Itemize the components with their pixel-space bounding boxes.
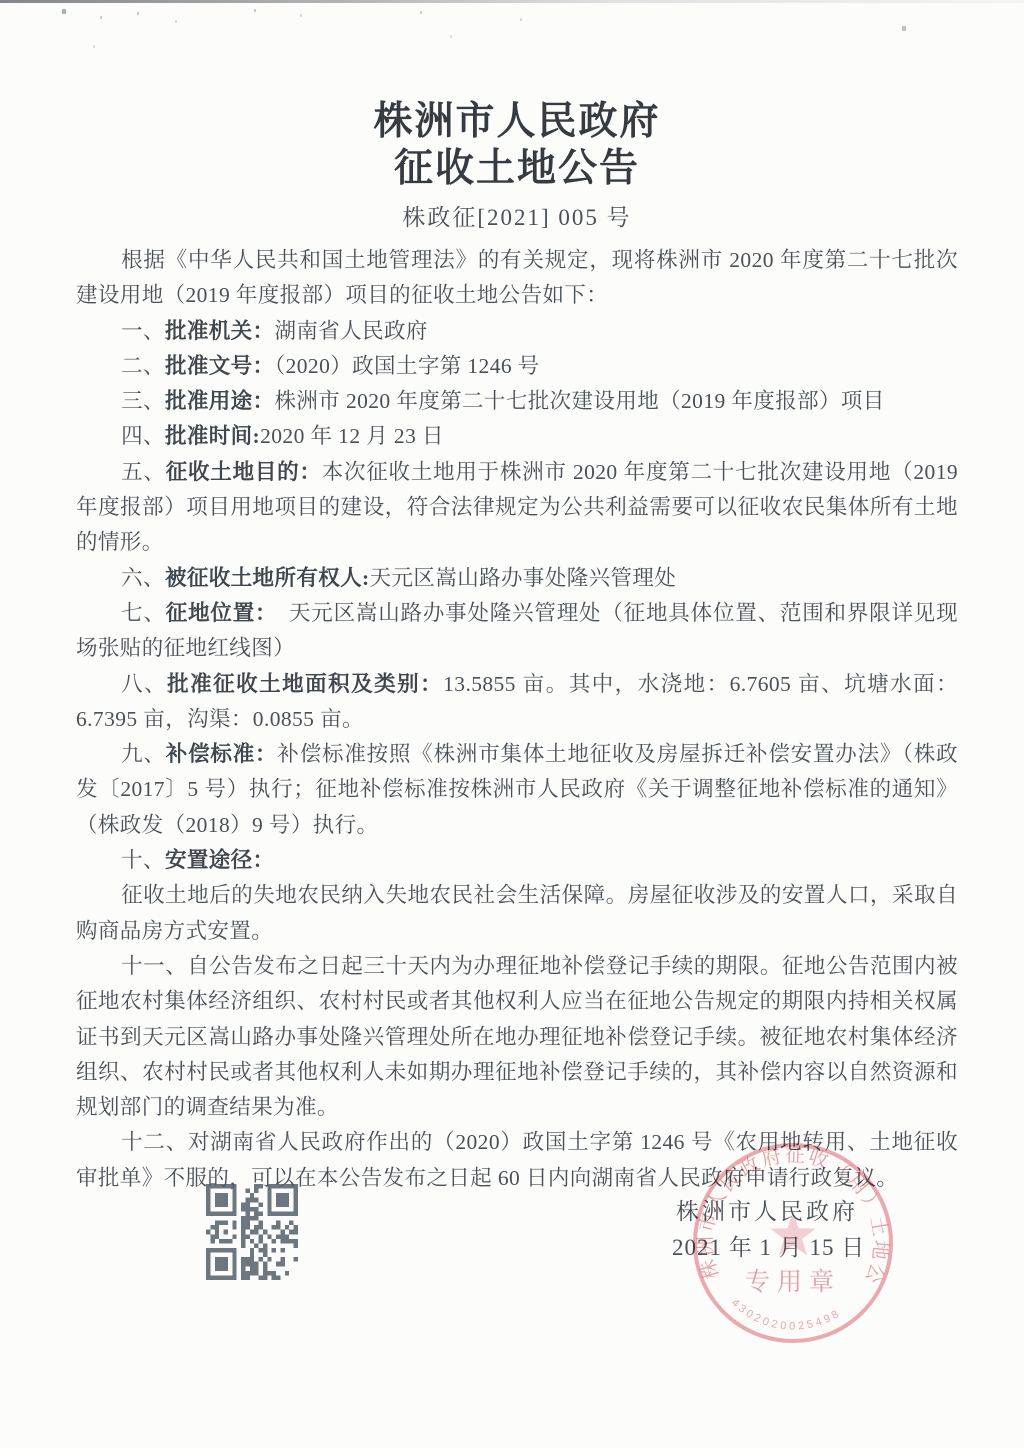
paragraph: 四、批准时间:2020 年 12 月 23 日 [76, 419, 958, 454]
paragraph-text: 二、 [121, 354, 165, 378]
paragraph: 三、批准用途：株洲市 2020 年度第二十七批次建设用地（2019 年度报部）项… [76, 384, 958, 419]
document-title-line2: 征收土地公告 [76, 145, 958, 192]
paragraph-label: 批准时间: [165, 424, 260, 448]
paragraph-label: 征地位置： [166, 601, 267, 625]
paragraph: 二、批准文号：（2020）政国土字第 1246 号 [76, 349, 958, 384]
qr-code-pattern [206, 1184, 298, 1280]
paragraph-text: 九、 [121, 742, 166, 766]
paragraph-text: 十、 [121, 848, 165, 872]
paragraph-text: 株洲市 2020 年度第二十七批次建设用地（2019 年度报部）项目 [274, 389, 884, 413]
paragraph-text: 一、 [121, 319, 165, 343]
paragraph: 十一、自公告发布之日起三十天内为办理征地补偿登记手续的期限。征地公告范围内被征地… [76, 949, 958, 1125]
official-seal: 株洲市人民政府征收（用）土地公告 专用章 4302020025498 [690, 1140, 896, 1346]
paragraph-text: 七、 [121, 601, 166, 625]
qr-code [206, 1184, 298, 1280]
paragraph: 十、安置途径： [76, 843, 958, 878]
paragraph-text: （2020）政国土字第 1246 号 [274, 354, 539, 378]
paragraph-text: 湖南省人民政府 [274, 319, 427, 343]
seal-arc-text: 株洲市人民政府征收（用）土地公告 [690, 1140, 892, 1288]
paragraph-text: 征收土地后的失地农民纳入失地农民社会生活保障。房屋征收涉及的安置人口，采取自购商… [76, 883, 958, 942]
scan-specks [0, 0, 2, 3]
paragraph-label: 补偿标准： [166, 742, 278, 766]
paragraph: 根据《中华人民共和国土地管理法》的有关规定，现将株洲市 2020 年度第二十七批… [76, 243, 958, 314]
paragraph: 征收土地后的失地农民纳入失地农民社会生活保障。房屋征收涉及的安置人口，采取自购商… [76, 878, 958, 949]
paragraph-text: 六、 [121, 566, 165, 590]
paragraph-label: 被征收土地所有权人: [165, 566, 370, 590]
paragraph-text: 天元区嵩山路办事处隆兴管理处 [370, 566, 677, 590]
paragraph-label: 批准机关： [165, 319, 275, 343]
paragraph-label: 征收土地目的： [166, 460, 322, 484]
document-body: 根据《中华人民共和国土地管理法》的有关规定，现将株洲市 2020 年度第二十七批… [76, 243, 958, 1196]
paragraph: 六、被征收土地所有权人:天元区嵩山路办事处隆兴管理处 [76, 561, 958, 596]
official-seal-graphic: 株洲市人民政府征收（用）土地公告 专用章 4302020025498 [690, 1140, 896, 1346]
paragraph-text: 三、 [121, 389, 165, 413]
paragraph-label: 安置途径： [165, 848, 275, 872]
paragraph: 九、补偿标准：补偿标准按照《株洲市集体土地征收及房屋拆迁补偿安置办法》（株政发〔… [76, 737, 958, 843]
paragraph-text: 十一、自公告发布之日起三十天内为办理征地补偿登记手续的期限。征地公告范围内被征地… [76, 954, 958, 1119]
seal-star-icon [770, 1212, 816, 1255]
seal-label: 专用章 [745, 1268, 841, 1296]
paragraph: 七、征地位置： 天元区嵩山路办事处隆兴管理处（征地具体位置、范围和界限详见现场张… [76, 596, 958, 667]
paragraph-text: 四、 [121, 424, 165, 448]
document-number: 株政征[2021] 005 号 [76, 199, 958, 232]
document-title-line1: 株洲市人民政府 [76, 98, 958, 145]
paragraph-text: 根据《中华人民共和国土地管理法》的有关规定，现将株洲市 2020 年度第二十七批… [76, 248, 958, 307]
paragraph: 一、批准机关：湖南省人民政府 [76, 314, 958, 349]
document-content: 株洲市人民政府 征收土地公告 株政征[2021] 005 号 根据《中华人民共和… [76, 98, 958, 1196]
paragraph-label: 批准用途： [165, 389, 275, 413]
paragraph-text: 八、 [121, 672, 167, 696]
paragraph-text: 五、 [121, 460, 166, 484]
paragraph: 五、征收土地目的：本次征收土地用于株洲市 2020 年度第二十七批次建设用地（2… [76, 455, 958, 561]
paragraph-text: 2020 年 12 月 23 日 [260, 424, 444, 448]
paragraph: 八、批准征收土地面积及类别：13.5855 亩。其中，水浇地：6.7605 亩、… [76, 667, 958, 738]
scan-edge-artifact [0, 0, 1024, 3]
scanned-document-page: 株洲市人民政府 征收土地公告 株政征[2021] 005 号 根据《中华人民共和… [0, 0, 1024, 1448]
paragraph-label: 批准征收土地面积及类别： [167, 672, 443, 696]
paragraph-label: 批准文号： [165, 354, 275, 378]
